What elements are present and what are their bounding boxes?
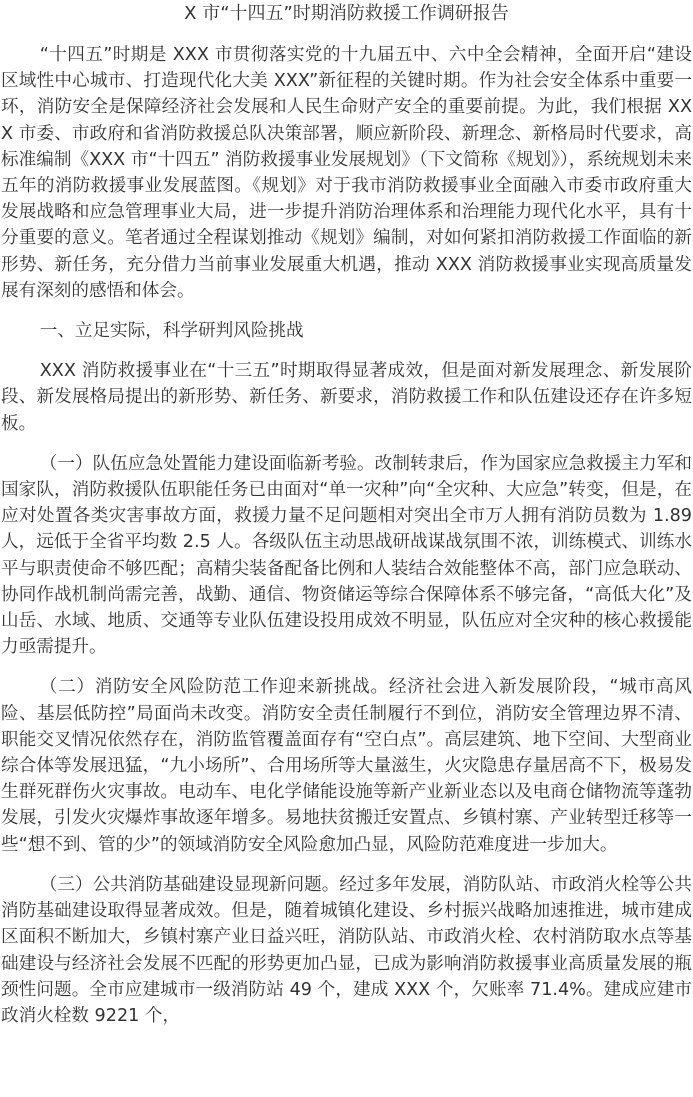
item-3-paragraph: （三）公共消防基础建设显现新问题。经过多年发展，消防队站、市政消火栓等公共消防基… [1,872,692,1029]
document-page: X 市“十四五”时期消防救援工作调研报告 “十四五”时期是 XXX 市贯彻落实党… [0,1,693,1029]
section-1-intro-paragraph: XXX 消防救援事业在“十三五”时期取得显著成效，但是面对新发展理念、新发展阶段… [1,358,692,437]
intro-paragraph: “十四五”时期是 XXX 市贯彻落实党的十九届五中、六中全会精神，全面开启“建设… [1,42,692,304]
section-1-heading: 一、立足实际，科学研判风险挑战 [1,318,692,344]
item-2-paragraph: （二）消防安全风险防范工作迎来新挑战。经济社会进入新发展阶段，“城市高风险、基层… [1,674,692,857]
item-1-paragraph: （一）队伍应急处置能力建设面临新考验。改制转隶后，作为国家应急救援主力军和国家队… [1,451,692,661]
document-title: X 市“十四五”时期消防救援工作调研报告 [1,1,692,27]
